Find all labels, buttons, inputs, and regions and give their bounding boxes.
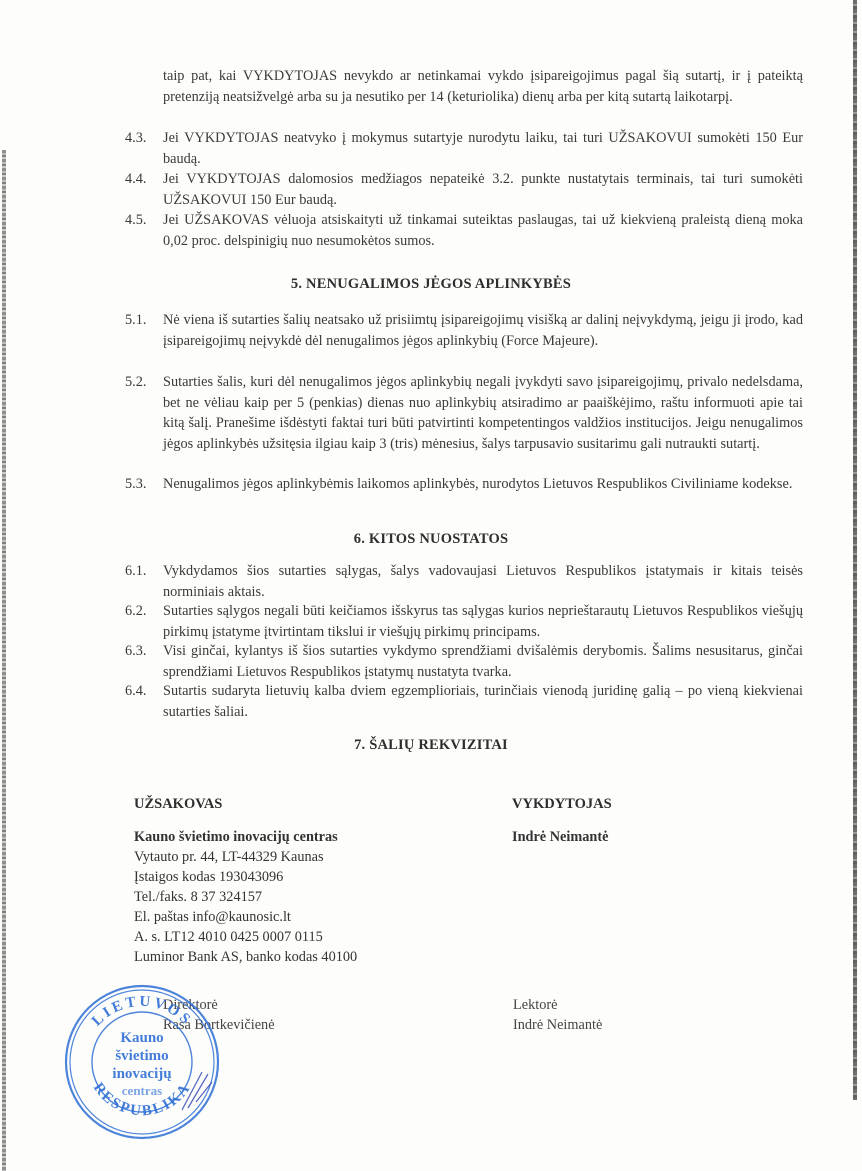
- clause-6-1: 6.1. Vykdydamos šios sutarties sąlygas, …: [125, 561, 803, 602]
- clause-4-4: 4.4. Jei VYKDYTOJAS dalomosios medžiagos…: [125, 169, 803, 210]
- clause-number: 6.2.: [125, 601, 163, 622]
- section-6-heading: 6. KITOS NUOSTATOS: [0, 531, 862, 548]
- clause-text: Jei VYKDYTOJAS neatvyko į mokymus sutart…: [163, 128, 803, 169]
- clause-number: 5.1.: [125, 310, 163, 331]
- clause-number: 4.4.: [125, 169, 163, 190]
- contractor-signer-name: Indrė Neimantė: [513, 1015, 602, 1035]
- customer-org: Kauno švietimo inovacijų centras: [134, 827, 357, 847]
- clause-number: 4.5.: [125, 210, 163, 231]
- svg-text:centras: centras: [122, 1083, 162, 1098]
- customer-email: El. paštas info@kaunosic.lt: [134, 907, 357, 927]
- section-5-heading: 5. NENUGALIMOS JĖGOS APLINKYBĖS: [0, 276, 862, 293]
- contractor-name: Indrė Neimantė: [512, 827, 612, 847]
- clause-text: Vykdydamos šios sutarties sąlygas, šalys…: [163, 561, 803, 602]
- contractor-signature-block: Lektorė Indrė Neimantė: [513, 995, 602, 1035]
- svg-text:Kauno: Kauno: [120, 1030, 163, 1046]
- clause-number: 4.3.: [125, 128, 163, 149]
- customer-phone: Tel./faks. 8 37 324157: [134, 887, 357, 907]
- svg-text:švietimo: švietimo: [115, 1048, 168, 1064]
- clause-text: Sutarties šalis, kuri dėl nenugalimos jė…: [163, 372, 803, 454]
- customer-address: Vytauto pr. 44, LT-44329 Kaunas: [134, 847, 357, 867]
- official-stamp-icon: LIETUVOS RESPUBLIKA Kauno švietimo inova…: [62, 982, 222, 1142]
- clause-5-2: 5.2. Sutarties šalis, kuri dėl nenugalim…: [125, 372, 803, 454]
- clause-text: Visi ginčai, kylantys iš šios sutarties …: [163, 641, 803, 682]
- clause-5-3: 5.3. Nenugalimos jėgos aplinkybėmis laik…: [125, 474, 803, 495]
- clause-5-1: 5.1. Nė viena iš sutarties šalių neatsak…: [125, 310, 803, 351]
- customer-bank: Luminor Bank AS, banko kodas 40100: [134, 947, 357, 967]
- clause-text: Sutartis sudaryta lietuvių kalba dviem e…: [163, 681, 803, 722]
- section-7-heading: 7. ŠALIŲ REKVIZITAI: [0, 737, 862, 754]
- customer-code: Įstaigos kodas 193043096: [134, 867, 357, 887]
- clause-4-2-continuation: taip pat, kai VYKDYTOJAS nevykdo ar neti…: [163, 66, 803, 107]
- clause-6-3: 6.3. Visi ginčai, kylantys iš šios sutar…: [125, 641, 803, 682]
- clause-6-4: 6.4. Sutartis sudaryta lietuvių kalba dv…: [125, 681, 803, 722]
- clause-text: Jei UŽSAKOVAS vėluoja atsiskaityti už ti…: [163, 210, 803, 251]
- svg-text:inovacijų: inovacijų: [112, 1066, 171, 1082]
- contractor-details: VYKDYTOJAS Indrė Neimantė: [512, 794, 612, 847]
- customer-account: A. s. LT12 4010 0425 0007 0115: [134, 927, 357, 947]
- clause-text: Sutarties sąlygos negali būti keičiamos …: [163, 601, 803, 642]
- customer-details: UŽSAKOVAS Kauno švietimo inovacijų centr…: [134, 794, 357, 967]
- clause-4-3: 4.3. Jei VYKDYTOJAS neatvyko į mokymus s…: [125, 128, 803, 169]
- clause-text: Jei VYKDYTOJAS dalomosios medžiagos nepa…: [163, 169, 803, 210]
- clause-number: 6.4.: [125, 681, 163, 702]
- clause-4-5: 4.5. Jei UŽSAKOVAS vėluoja atsiskaityti …: [125, 210, 803, 251]
- contractor-title: VYKDYTOJAS: [512, 794, 612, 814]
- contractor-signer-role: Lektorė: [513, 995, 602, 1015]
- clause-6-2: 6.2. Sutarties sąlygos negali būti keiči…: [125, 601, 803, 642]
- clause-text: Nė viena iš sutarties šalių neatsako už …: [163, 310, 803, 351]
- document-page: taip pat, kai VYKDYTOJAS nevykdo ar neti…: [0, 0, 862, 1171]
- clause-number: 5.3.: [125, 474, 163, 495]
- customer-title: UŽSAKOVAS: [134, 794, 357, 814]
- clause-number: 5.2.: [125, 372, 163, 393]
- clause-number: 6.3.: [125, 641, 163, 662]
- clause-text: Nenugalimos jėgos aplinkybėmis laikomos …: [163, 474, 803, 495]
- clause-number: 6.1.: [125, 561, 163, 582]
